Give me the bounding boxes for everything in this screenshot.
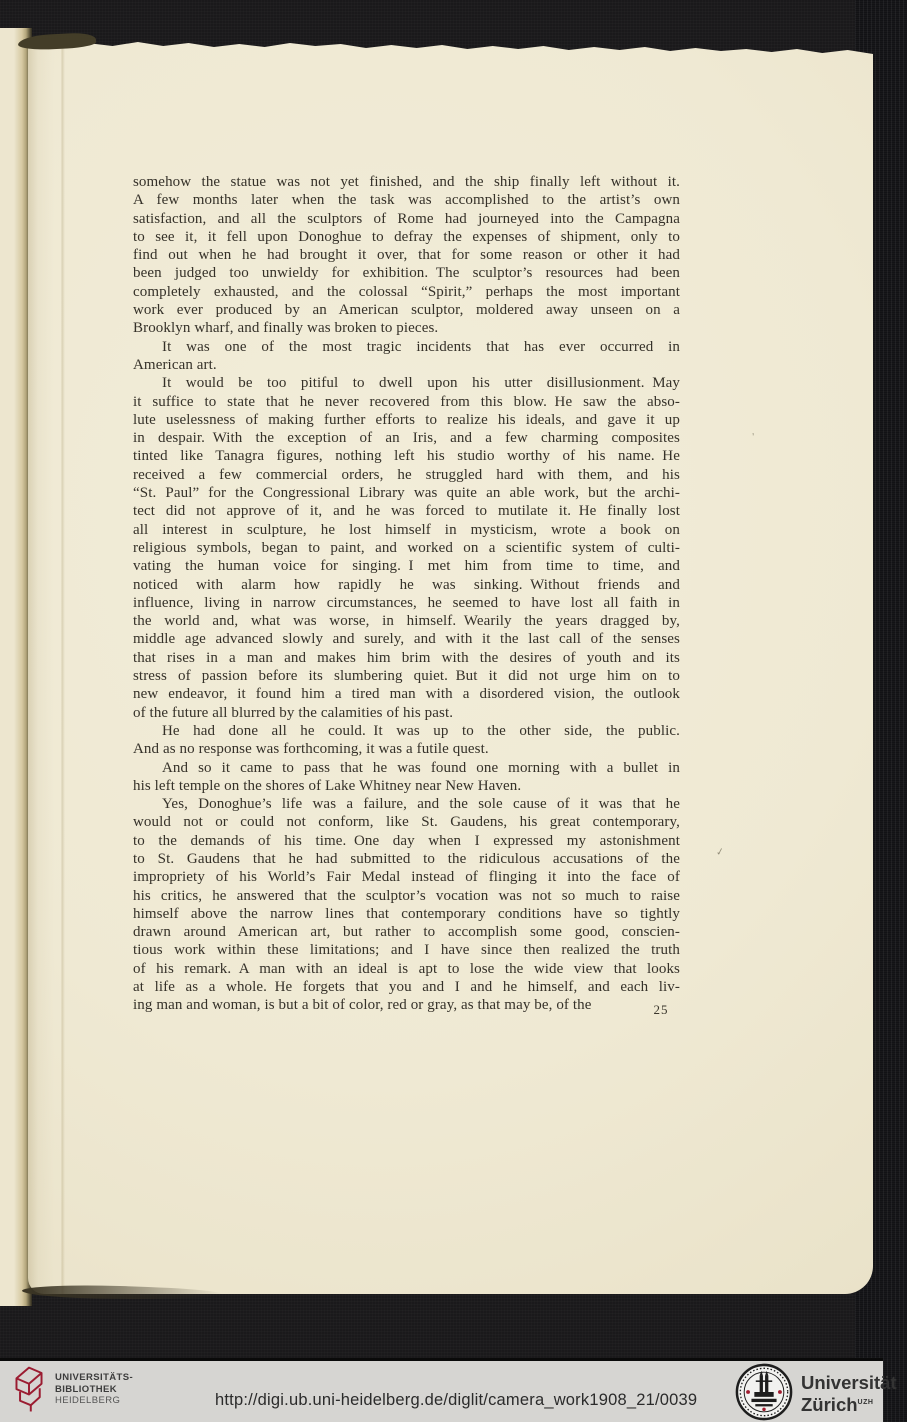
text-line: drawn around American art, but rather to…: [133, 923, 680, 941]
text-line: to see it, it fell upon Donoghue to defr…: [133, 228, 680, 246]
text-line: He had done all he could. It was up to t…: [133, 722, 680, 740]
heidelberg-books-icon: [12, 1364, 46, 1421]
viewer-footer: UNIVERSITÄTS- BIBLIOTHEK HEIDELBERG http…: [0, 1358, 883, 1422]
text-line: that rises in a man and makes him brim w…: [133, 649, 680, 667]
page-text: somehow the statue was not yet finished,…: [133, 173, 680, 1015]
text-line: in despair. With the exception of an Iri…: [133, 429, 680, 447]
text-line: ing man and woman, is but a bit of color…: [133, 996, 680, 1014]
uzh-line-1: Universität: [801, 1373, 897, 1394]
text-line: to the demands of his time. One day when…: [133, 832, 680, 850]
uzh-sup: UZH: [858, 1399, 874, 1406]
hd-line-3: HEIDELBERG: [55, 1395, 133, 1407]
text-line: his critics, he answered that the sculpt…: [133, 887, 680, 905]
text-line: tious work within these limitations; and…: [133, 941, 680, 959]
text-line: It would be too pitiful to dwell upon hi…: [133, 374, 680, 392]
book-page: somehow the statue was not yet finished,…: [28, 38, 873, 1294]
text-line: find out when he had brought it over, th…: [133, 246, 680, 264]
text-line: impropriety of his World’s Fair Medal in…: [133, 868, 680, 886]
text-line: all interest in sculpture, he lost himse…: [133, 521, 680, 539]
text-line: vating the human voice for singing. I me…: [133, 557, 680, 575]
uzh-seal-icon: [735, 1363, 793, 1422]
text-line: the world and, what was worse, in himsel…: [133, 612, 680, 630]
text-line: influence, living in narrow circumstance…: [133, 594, 680, 612]
uzh-logo[interactable]: Universität ZürichUZH: [735, 1363, 897, 1422]
text-line: Yes, Donoghue’s life was a failure, and …: [133, 795, 680, 813]
pencil-check-mark: ✓: [715, 846, 725, 858]
text-line: somehow the statue was not yet finished,…: [133, 173, 680, 191]
text-line: at life as a whole. He forgets that you …: [133, 978, 680, 996]
text-line: “St. Paul” for the Congressional Library…: [133, 484, 680, 502]
hd-line-1: UNIVERSITÄTS-: [55, 1372, 133, 1384]
text-line: completely exhausted, and the colossal “…: [133, 283, 680, 301]
text-line: work ever produced by an American sculpt…: [133, 301, 680, 319]
text-line: his left temple on the shores of Lake Wh…: [133, 777, 680, 795]
text-line: religious symbols, began to paint, and w…: [133, 539, 680, 557]
text-line: lute uselessness of making further effor…: [133, 411, 680, 429]
page-number: 25: [646, 1002, 676, 1018]
hd-line-2: BIBLIOTHEK: [55, 1384, 133, 1396]
stray-mark: ❜: [752, 432, 755, 441]
source-url[interactable]: http://digi.ub.uni-heidelberg.de/diglit/…: [215, 1391, 697, 1410]
text-line: tect did not approve of it, and he was f…: [133, 502, 680, 520]
text-line: to St. Gaudens that he had submitted to …: [133, 850, 680, 868]
uzh-line-2: ZürichUZH: [801, 1393, 897, 1416]
text-line: himself above the narrow lines that cont…: [133, 905, 680, 923]
text-line: new endeavor, it found him a tired man w…: [133, 685, 680, 703]
heidelberg-library-name: UNIVERSITÄTS- BIBLIOTHEK HEIDELBERG: [55, 1364, 133, 1407]
text-line: middle age advanced slowly and surely, a…: [133, 630, 680, 648]
text-line: tinted like Tanagra figures, nothing lef…: [133, 447, 680, 465]
text-line: it suffice to state that he never recove…: [133, 393, 680, 411]
book-scan-viewer: somehow the statue was not yet finished,…: [0, 0, 907, 1422]
text-line: And as no response was forthcoming, it w…: [133, 740, 680, 758]
text-line: It was one of the most tragic incidents …: [133, 338, 680, 356]
uzh-name: Universität ZürichUZH: [801, 1373, 897, 1416]
text-line: noticed with alarm how rapidly he was si…: [133, 576, 680, 594]
heidelberg-library-logo[interactable]: UNIVERSITÄTS- BIBLIOTHEK HEIDELBERG: [12, 1364, 133, 1421]
text-line: of his remark. A man with an ideal is ap…: [133, 960, 680, 978]
text-line: received a few commercial orders, he str…: [133, 466, 680, 484]
text-line: Brooklyn wharf, and finally was broken t…: [133, 319, 680, 337]
text-line: And so it came to pass that he was found…: [133, 759, 680, 777]
text-line: stress of passion before its slumbering …: [133, 667, 680, 685]
text-line: American art.: [133, 356, 680, 374]
text-line: would not or could not conform, like St.…: [133, 813, 680, 831]
text-line: satisfaction, and all the sculptors of R…: [133, 210, 680, 228]
text-line: been judged too unwieldy for exhibition.…: [133, 264, 680, 282]
text-line: of the future all blurred by the calamit…: [133, 704, 680, 722]
text-line: A few months later when the task was acc…: [133, 191, 680, 209]
